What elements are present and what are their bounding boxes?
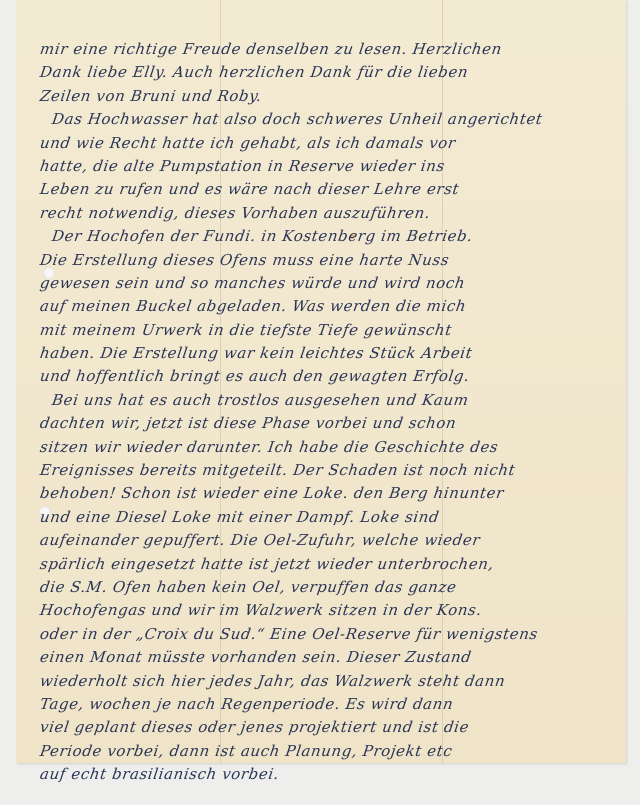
text-line: auf meinen Buckel abgeladen. Was werden …: [38, 295, 616, 318]
text-line: mir eine richtige Freude denselben zu le…: [38, 38, 616, 61]
text-line: Dank liebe Elly. Auch herzlichen Dank fü…: [38, 61, 616, 84]
text-line: hatte, die alte Pumpstation in Reserve w…: [38, 155, 616, 178]
text-line: und hoffentlich bringt es auch den gewag…: [38, 365, 616, 388]
text-line: viel geplant dieses oder jenes projektie…: [38, 716, 616, 739]
text-line: die S.M. Ofen haben kein Oel, verpuffen …: [38, 576, 616, 599]
text-line: gewesen sein und so manches würde und wi…: [38, 272, 616, 295]
text-line: und wie Recht hatte ich gehabt, als ich …: [38, 132, 616, 155]
text-line: Leben zu rufen und es wäre nach dieser L…: [38, 178, 616, 201]
text-line: sitzen wir wieder darunter. Ich habe die…: [38, 436, 616, 459]
text-line: recht notwendig, dieses Vorhaben auszufü…: [38, 202, 616, 225]
text-line: haben. Die Erstellung war kein leichtes …: [38, 342, 616, 365]
text-line: wiederholt sich hier jedes Jahr, das Wal…: [38, 670, 616, 693]
text-line: Der Hochofen der Fundi. in Kostenberg im…: [38, 225, 616, 248]
text-line: mit meinem Urwerk in die tiefste Tiefe g…: [38, 319, 616, 342]
text-line: dachten wir, jetzt ist diese Phase vorbe…: [38, 412, 616, 435]
text-line: Tage, wochen je nach Regenperiode. Es wi…: [38, 693, 616, 716]
text-line: behoben! Schon ist wieder eine Loke. den…: [38, 482, 616, 505]
text-line: Die Erstellung dieses Ofens muss eine ha…: [38, 249, 616, 272]
text-line: auf echt brasilianisch vorbei.: [38, 763, 616, 786]
text-line: Das Hochwasser hat also doch schweres Un…: [38, 108, 616, 131]
text-line: und eine Diesel Loke mit einer Dampf. Lo…: [38, 506, 616, 529]
text-line: spärlich eingesetzt hatte ist jetzt wied…: [38, 553, 616, 576]
text-line: aufeinander gepuffert. Die Oel-Zufuhr, w…: [38, 529, 616, 552]
text-line: oder in der „Croix du Sud.“ Eine Oel-Res…: [38, 623, 616, 646]
handwritten-text: mir eine richtige Freude denselben zu le…: [40, 38, 615, 787]
text-line: Zeilen von Bruni und Roby.: [38, 85, 616, 108]
text-line: einen Monat müsste vorhanden sein. Diese…: [38, 646, 616, 669]
text-line: Ereignisses bereits mitgeteilt. Der Scha…: [38, 459, 616, 482]
text-line: Bei uns hat es auch trostlos ausgesehen …: [38, 389, 616, 412]
text-line: Periode vorbei, dann ist auch Planung, P…: [38, 740, 616, 763]
text-line: Hochofengas und wir im Walzwerk sitzen i…: [38, 599, 616, 622]
